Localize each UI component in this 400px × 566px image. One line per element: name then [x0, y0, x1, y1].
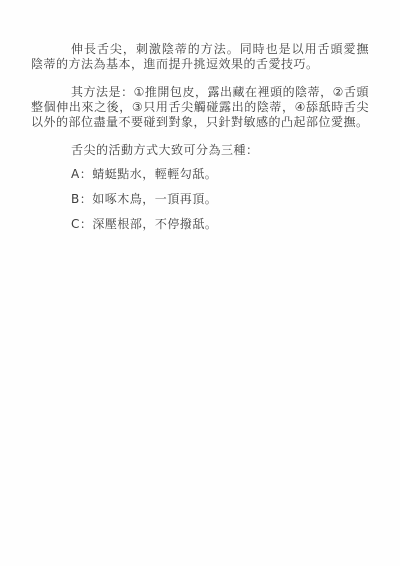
paragraph-intro: 伸長舌尖，刺激陰蒂的方法。同時也是以用舌頭愛撫陰蒂的方法為基本，進而提升挑逗效果…	[31, 42, 369, 72]
document-page: 伸長舌尖，刺激陰蒂的方法。同時也是以用舌頭愛撫陰蒂的方法為基本，進而提升挑逗效果…	[0, 0, 400, 566]
list-item-a: A：蜻蜓點水，輕輕勾舐。	[71, 167, 369, 182]
list-item-c: C：深壓根部，不停撥舐。	[71, 217, 369, 232]
paragraph-list-lead: 舌尖的活動方式大致可分為三種：	[31, 143, 369, 158]
list-item-b: B：如啄木鳥，一頂再頂。	[71, 192, 369, 207]
paragraph-method-steps: 其方法是：①推開包皮，露出藏在裡頭的陰蒂，②舌頭整個伸出來之後，③只用舌尖觸碰露…	[31, 85, 369, 130]
